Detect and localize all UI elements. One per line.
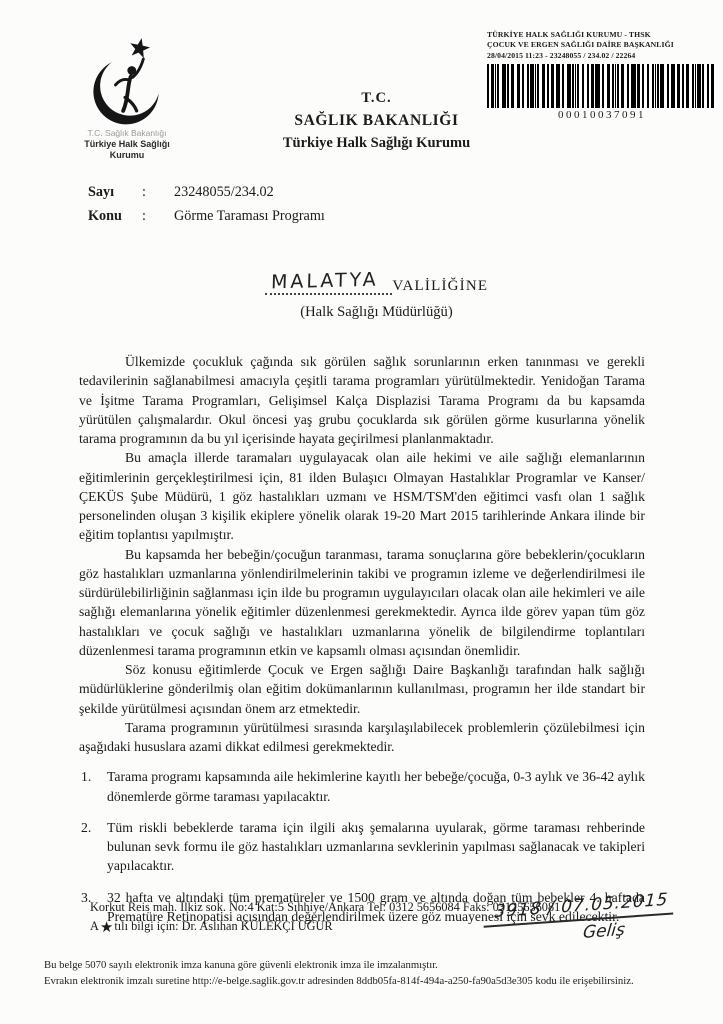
paragraph-4: Söz konusu eğitimlerde Çocuk ve Ergen sa… <box>79 660 645 718</box>
barcode-icon <box>487 64 717 108</box>
list-item: 2. Tüm riskli bebeklerde tarama için ilg… <box>79 818 645 876</box>
handwritten-city-underline: MALATYA <box>265 270 393 295</box>
sayi-row: Sayı : 23248055/234.02 <box>88 184 325 201</box>
contact-rest: tılı bilgi için: Dr. Aslıhan KÜLEKÇİ UĞU… <box>114 919 332 933</box>
addressee-block: MALATYAVALİLİĞİNE (Halk Sağlığı Müdürlüğ… <box>30 270 723 321</box>
paragraph-1: Ülkemizde çocukluk çağında sık görülen s… <box>79 352 645 448</box>
star-icon: ★ <box>99 918 114 936</box>
scanned-letter-page: T.C. Sağlık Bakanlığı Türkiye Halk Sağlı… <box>0 0 723 1024</box>
paragraph-3: Bu kapsamda her bebeğin/çocuğun taranmas… <box>79 545 645 661</box>
konu-colon: : <box>142 208 174 225</box>
legal-line-2: Evrakın elektronik imzalı suretine http:… <box>44 973 634 989</box>
sayi-colon: : <box>142 184 174 201</box>
list-item-number: 2. <box>79 818 107 876</box>
contact-prefix: A <box>90 919 99 933</box>
konu-value: Görme Taraması Programı <box>174 208 325 225</box>
sayi-value: 23248055/234.02 <box>174 184 274 201</box>
barcode-number: 00010037091 <box>487 109 717 121</box>
letterhead-institution: Türkiye Halk Sağlığı Kurumu <box>30 135 723 152</box>
list-item: 1. Tarama programı kapsamında aile hekim… <box>79 767 645 806</box>
handwritten-city: MALATYA <box>270 269 378 294</box>
list-item-number: 1. <box>79 767 107 806</box>
barcode-registry-line: 28/04/2015 11:23 - 23248055 / 234.02 / 2… <box>487 51 717 61</box>
addressee-subtitle: (Halk Sağlığı Müdürlüğü) <box>30 304 723 321</box>
list-item-text: Tarama programı kapsamında aile hekimler… <box>107 767 645 806</box>
letter-body: Ülkemizde çocukluk çağında sık görülen s… <box>79 352 645 938</box>
legal-line-1: Bu belge 5070 sayılı elektronik imza kan… <box>44 957 634 973</box>
document-meta: Sayı : 23248055/234.02 Konu : Görme Tara… <box>88 184 325 232</box>
konu-row: Konu : Görme Taraması Programı <box>88 208 325 225</box>
legal-footer: Bu belge 5070 sayılı elektronik imza kan… <box>44 957 634 989</box>
barcode-org-line: TÜRKİYE HALK SAĞLIĞI KURUMU - THSK <box>487 30 717 40</box>
list-item-text: Tüm riskli bebeklerde tarama için ilgili… <box>107 818 645 876</box>
footer-contact: A★tılı bilgi için: Dr. Aslıhan KÜLEKÇİ U… <box>90 919 333 935</box>
sayi-label: Sayı <box>88 184 142 201</box>
addressee-title: VALİLİĞİNE <box>392 278 488 294</box>
paragraph-5: Tarama programının yürütülmesi sırasında… <box>79 718 645 757</box>
konu-label: Konu <box>88 208 142 225</box>
barcode-dept-line: ÇOCUK VE ERGEN SAĞLIĞI DAİRE BAŞKANLIĞI <box>487 40 717 50</box>
paragraph-2: Bu amaçla illerde taramaları uygulayacak… <box>79 448 645 544</box>
registry-barcode-block: TÜRKİYE HALK SAĞLIĞI KURUMU - THSK ÇOCUK… <box>487 30 717 121</box>
